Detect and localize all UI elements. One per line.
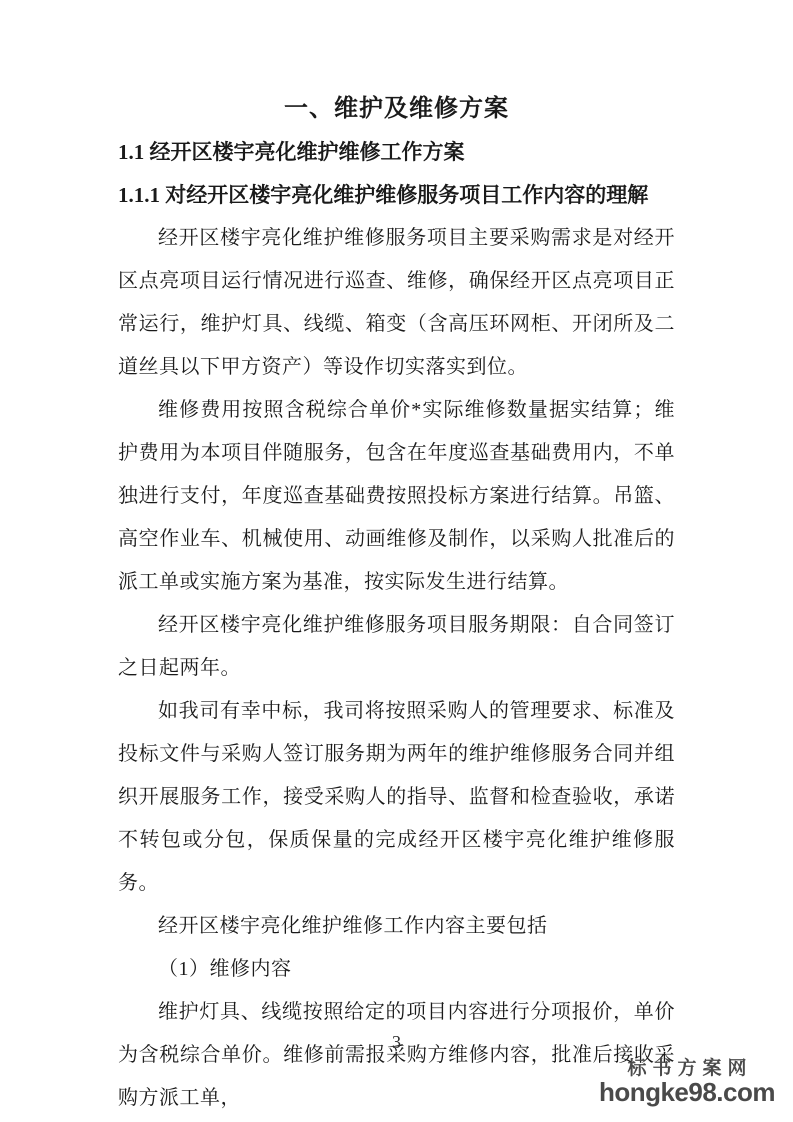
watermark-site-name: 标书方案网 xyxy=(599,1058,775,1079)
site-watermark: 标书方案网 hongke98.com xyxy=(599,1058,775,1106)
paragraph-work-content-intro: 经开区楼宇亮化维护维修工作内容主要包括 xyxy=(118,905,675,948)
document-page: 一、维护及维修方案 1.1 经开区楼宇亮化维护维修工作方案 1.1.1 对经开区… xyxy=(0,0,793,1122)
watermark-site-domain: hongke98.com xyxy=(599,1079,775,1106)
section-heading: 1.1 经开区楼宇亮化维护维修工作方案 xyxy=(118,131,675,174)
paragraph-cost-settlement: 维修费用按照含税综合单价*实际维修数量据实结算；维护费用为本项目伴随服务，包含在… xyxy=(118,389,675,604)
paragraph-service-period: 经开区楼宇亮化维护维修服务项目服务期限：自合同签订之日起两年。 xyxy=(118,604,675,690)
subsection-heading: 1.1.1 对经开区楼宇亮化维护维修服务项目工作内容的理解 xyxy=(118,174,675,217)
paragraph-repair-pricing: 维护灯具、线缆按照给定的项目内容进行分项报价，单价为含税综合单价。维修前需报采购… xyxy=(118,991,675,1120)
paragraph-item-1-repair-content: （1）维修内容 xyxy=(118,948,675,991)
document-content: 一、维护及维修方案 1.1 经开区楼宇亮化维护维修工作方案 1.1.1 对经开区… xyxy=(118,88,675,1120)
paragraph-procurement-demand: 经开区楼宇亮化维护维修服务项目主要采购需求是对经开区点亮项目运行情况进行巡查、维… xyxy=(118,217,675,389)
paragraph-commitment: 如我司有幸中标，我司将按照采购人的管理要求、标准及投标文件与采购人签订服务期为两… xyxy=(118,690,675,905)
chapter-title: 一、维护及维修方案 xyxy=(118,88,675,131)
page-number: 3 xyxy=(0,1030,793,1054)
